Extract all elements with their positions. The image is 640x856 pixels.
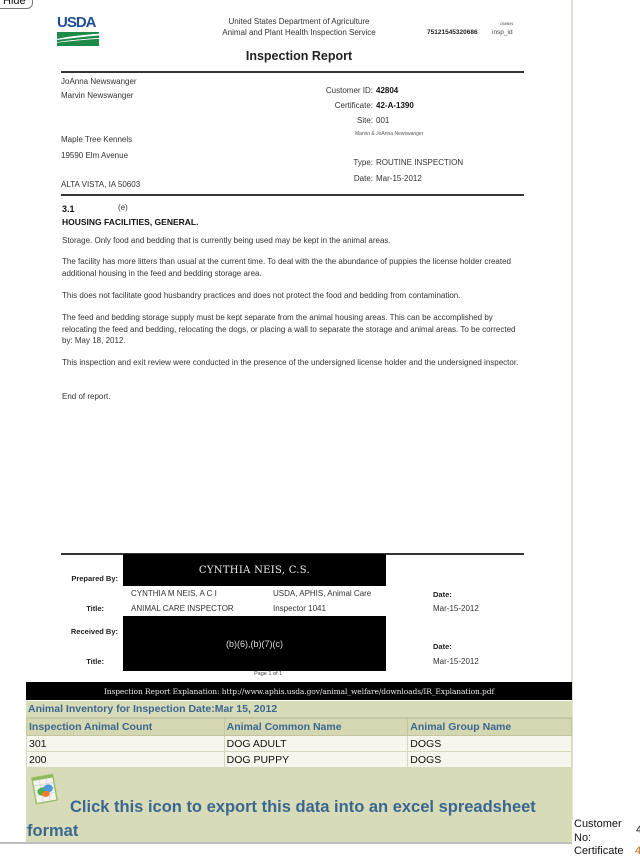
inventory-table: Inspection Animal Count Animal Common Na… [26, 718, 572, 768]
animal-common-name: DOG PUPPY [224, 752, 408, 768]
table-row: 200 DOG PUPPY DOGS [27, 752, 572, 768]
received-signature-redacted: (b)(6),(b)(7)(c) [123, 616, 386, 671]
citation-paragraph: The facility has more litters than usual… [62, 256, 524, 279]
certificate-value: 42-A-1390 [376, 101, 414, 110]
insp-id-label: insp_id [492, 29, 513, 36]
agency-line-2: Animal and Plant Health Inspection Servi… [200, 27, 398, 38]
received-date-label: Date: [433, 642, 452, 651]
omb-label: OMB/N [500, 21, 513, 26]
column-header-common-name: Animal Common Name [224, 719, 408, 736]
street-address: 19590 Elm Avenue [61, 151, 128, 161]
divider [61, 194, 524, 196]
usda-logo: USDA [57, 15, 99, 46]
inventory-title: Animal Inventory for Inspection Date:Mar… [26, 701, 572, 718]
usda-logo-text: USDA [57, 15, 99, 30]
site-label: Site: [300, 116, 373, 125]
licensee-name-1: JoAnna Newswanger [61, 77, 137, 87]
export-section: Click this icon to export this data into… [26, 768, 572, 843]
agency-name: United States Department of Agriculture … [200, 16, 398, 38]
customer-no-value: 4 [636, 824, 640, 836]
report-title: Inspection Report [200, 49, 398, 63]
inspector-title-label: Title: [50, 604, 104, 613]
citation-title: HOUSING FACILITIES, GENERAL. [62, 217, 198, 227]
column-header-count: Inspection Animal Count [27, 719, 225, 736]
certificate-label-peek: Certificate [574, 845, 624, 856]
inspector-org: USDA, APHIS, Animal Care [273, 589, 371, 598]
animal-count: 200 [27, 752, 225, 768]
received-by-label: Received By: [50, 627, 118, 636]
citation-paragraph: This inspection and exit review were con… [62, 357, 524, 369]
citation-paragraph: The feed and bedding storage supply must… [62, 312, 524, 347]
prepared-by-label: Prepared By: [50, 574, 118, 583]
agency-line-1: United States Department of Agriculture [200, 16, 398, 27]
inspection-report-document: USDA United States Department of Agricul… [0, 0, 571, 681]
type-value: ROUTINE INSPECTION [376, 158, 463, 167]
received-date: Mar-15-2012 [433, 657, 479, 666]
prepared-date-label: Date: [433, 590, 452, 599]
table-row: 301 DOG ADULT DOGS [27, 736, 572, 752]
citation-paragraph: End of report. [62, 391, 524, 403]
export-link[interactable]: Click this icon to export this data into… [27, 795, 547, 843]
citation-paragraph: This does not facilitate good husbandry … [62, 290, 524, 302]
site-name: Marvin & JoAnna Newswanger [355, 131, 423, 137]
inspector-title: ANIMAL CARE INSPECTOR [131, 604, 234, 613]
licensee-name-2: Marvin Newswanger [61, 91, 133, 101]
divider [0, 842, 572, 844]
customer-id-label: Customer ID: [300, 86, 373, 95]
table-header-row: Inspection Animal Count Animal Common Na… [27, 719, 572, 736]
column-header-group-name: Animal Group Name [408, 719, 572, 736]
page-number: Page 1 of 1 [254, 671, 282, 677]
animal-inventory-panel: Animal Inventory for Inspection Date:Mar… [26, 701, 572, 843]
explanation-link[interactable]: Inspection Report Explanation: http://ww… [26, 682, 572, 700]
inspector-name: CYNTHIA M NEIS, A C I [131, 589, 217, 598]
type-label: Type: [300, 158, 373, 167]
certificate-label: Certificate: [300, 101, 373, 110]
usda-logo-field-icon [57, 32, 99, 46]
inspector-signature: CYNTHIA NEIS, C.S. [123, 554, 386, 586]
animal-count: 301 [27, 736, 225, 752]
citation-subsection: (e) [118, 203, 128, 212]
site-value: 001 [376, 116, 389, 125]
prepared-date: Mar-15-2012 [433, 604, 479, 613]
date-label: Date: [300, 174, 373, 183]
citation-section: 3.1 [62, 204, 75, 214]
citation-paragraph: Storage. Only food and bedding that is c… [62, 235, 524, 247]
customer-no-label: Customer No: [574, 817, 626, 845]
business-name: Maple Tree Kennels [61, 135, 132, 145]
received-title-label: Title: [50, 657, 104, 666]
animal-group-name: DOGS [408, 752, 572, 768]
animal-group-name: DOGS [408, 736, 572, 752]
inspector-number: Inspector 1041 [273, 604, 326, 613]
city-state-zip: ALTA VISTA, IA 50603 [61, 180, 140, 190]
divider [61, 71, 524, 73]
certificate-value-peek[interactable]: 4 [635, 845, 640, 856]
barcode-number: 75121545320686 [427, 29, 478, 36]
animal-common-name: DOG ADULT [224, 736, 408, 752]
date-value: Mar-15-2012 [376, 174, 422, 183]
customer-id-value: 42804 [376, 86, 398, 95]
